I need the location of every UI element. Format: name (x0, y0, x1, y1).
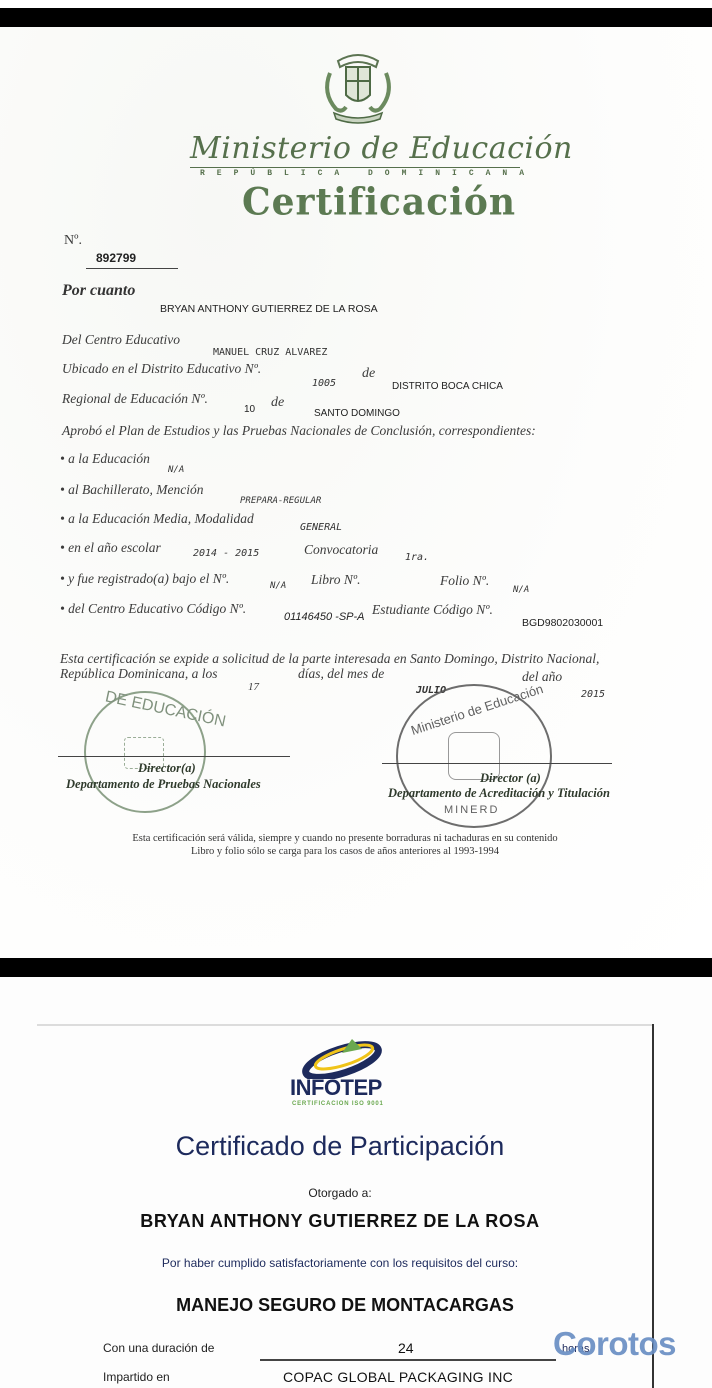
frame-top-line (37, 1024, 654, 1026)
anio-escolar-label: • en el año escolar (60, 540, 161, 556)
distrito-de: de (362, 366, 375, 382)
bachillerato-value: PREPARA-REGULAR (240, 496, 321, 506)
stamp-right: Ministerio de Educación MINERD (396, 684, 552, 828)
educacion-value: N/A (168, 465, 184, 475)
libro-folio-note: Libro y folio sólo se carga para los cas… (0, 846, 690, 857)
impartido-value: COPAC GLOBAL PACKAGING INC (283, 1369, 513, 1385)
requisitos-text: Por haber cumplido satisfactoriamente co… (0, 1256, 680, 1270)
codigo-centro-label: • del Centro Educativo Código Nº. (60, 601, 246, 617)
student-name: BRYAN ANTHONY GUTIERREZ DE LA ROSA (0, 1211, 680, 1232)
educacion-media-label: • a la Educación Media, Modalidad (60, 511, 254, 527)
otorgado-label: Otorgado a: (0, 1186, 680, 1200)
number-label: Nº. (64, 233, 82, 249)
stamp-right-bottom: MINERD (444, 804, 499, 816)
middle-black-band (0, 958, 712, 977)
libro-label: Libro Nº. (311, 572, 360, 588)
sig-right-title: Director (a) (480, 771, 541, 786)
stamp-left: DE EDUCACIÓN (84, 691, 206, 813)
ministry-underline (190, 167, 520, 168)
sig-left-dept: Departamento de Pruebas Nacionales (66, 777, 261, 792)
infotep-logo-icon (302, 1033, 382, 1079)
por-cuanto-label: Por cuanto (62, 282, 135, 300)
bachillerato-label: • al Bachillerato, Mención (60, 482, 203, 498)
regional-number: 10 (244, 404, 255, 415)
infotep-certificate-page: INFOTEP CERTIFICACION ISO 9001 Certifica… (0, 977, 712, 1388)
folio-value: N/A (513, 585, 529, 595)
certificate-number: 892799 (96, 251, 136, 265)
centro-value: MANUEL CRUZ ALVAREZ (213, 347, 327, 358)
certificate-title: Certificación (242, 180, 516, 224)
top-black-band (0, 8, 712, 27)
educacion-media-value: GENERAL (300, 522, 342, 533)
ministry-name: Ministerio de Educación (190, 131, 573, 166)
duracion-label: Con una duración de (103, 1341, 214, 1355)
regional-de: de (271, 395, 284, 411)
codigo-centro-value: 01146450 -SP-A (284, 611, 365, 623)
folio-label: Folio Nº. (440, 573, 489, 589)
signature-line-left (58, 756, 290, 757)
signature-line-right (382, 763, 612, 764)
codigo-estudiante-value: BGD9802030001 (522, 617, 603, 629)
codigo-estudiante-label: Estudiante Código Nº. (372, 602, 493, 618)
expide-dias: días, del mes de (298, 666, 384, 682)
convocatoria-label: Convocatoria (304, 542, 378, 558)
certificate-title: Certificado de Participación (0, 1131, 680, 1162)
validity-note: Esta certificación será válida, siempre … (0, 833, 690, 844)
distrito-label: Ubicado en el Distrito Educativo Nº. (62, 361, 261, 377)
course-name: MANEJO SEGURO DE MONTACARGAS (0, 1295, 690, 1316)
corotos-watermark: Corotos (553, 1325, 676, 1363)
duracion-value: 24 (398, 1340, 414, 1356)
fecha-anio: 2015 (581, 689, 605, 700)
convocatoria-value: 1ra. (405, 552, 429, 563)
distrito-number: 1005 (312, 378, 336, 389)
minerd-certification-page: Ministerio de Educación REPÚBLICA DOMINI… (0, 27, 712, 958)
regional-name: SANTO DOMINGO (314, 408, 400, 419)
fecha-dia: 17 (248, 681, 259, 693)
distrito-name: DISTRITO BOCA CHICA (392, 381, 503, 392)
infotep-logo-text: INFOTEP (290, 1075, 382, 1101)
aprobo-text: Aprobó el Plan de Estudios y las Pruebas… (62, 423, 536, 439)
infotep-logo-sub: CERTIFICACION ISO 9001 (292, 1101, 384, 1107)
number-underline (86, 268, 178, 269)
duracion-underline (260, 1359, 556, 1361)
sig-left-title: Director(a) (138, 761, 196, 776)
registrado-label: • y fue registrado(a) bajo el Nº. (60, 571, 229, 587)
student-name: BRYAN ANTHONY GUTIERREZ DE LA ROSA (160, 303, 378, 315)
country-name: REPÚBLICA DOMINICANA (200, 169, 536, 178)
coat-of-arms-icon (316, 47, 400, 129)
educacion-label: • a la Educación (60, 451, 150, 467)
centro-label: Del Centro Educativo (62, 332, 180, 348)
registrado-value: N/A (270, 581, 286, 591)
expide-line-1: Esta certificación se expide a solicitud… (60, 651, 599, 667)
impartido-label: Impartido en (103, 1370, 170, 1384)
anio-escolar-value: 2014 - 2015 (193, 548, 259, 559)
expide-del-anio: del año (522, 669, 562, 685)
regional-label: Regional de Educación Nº. (62, 391, 208, 407)
stamp-left-text: DE EDUCACIÓN (103, 688, 227, 731)
expide-line-2: República Dominicana, a los (60, 666, 217, 682)
sig-right-dept: Departamento de Acreditación y Titulació… (388, 786, 610, 801)
